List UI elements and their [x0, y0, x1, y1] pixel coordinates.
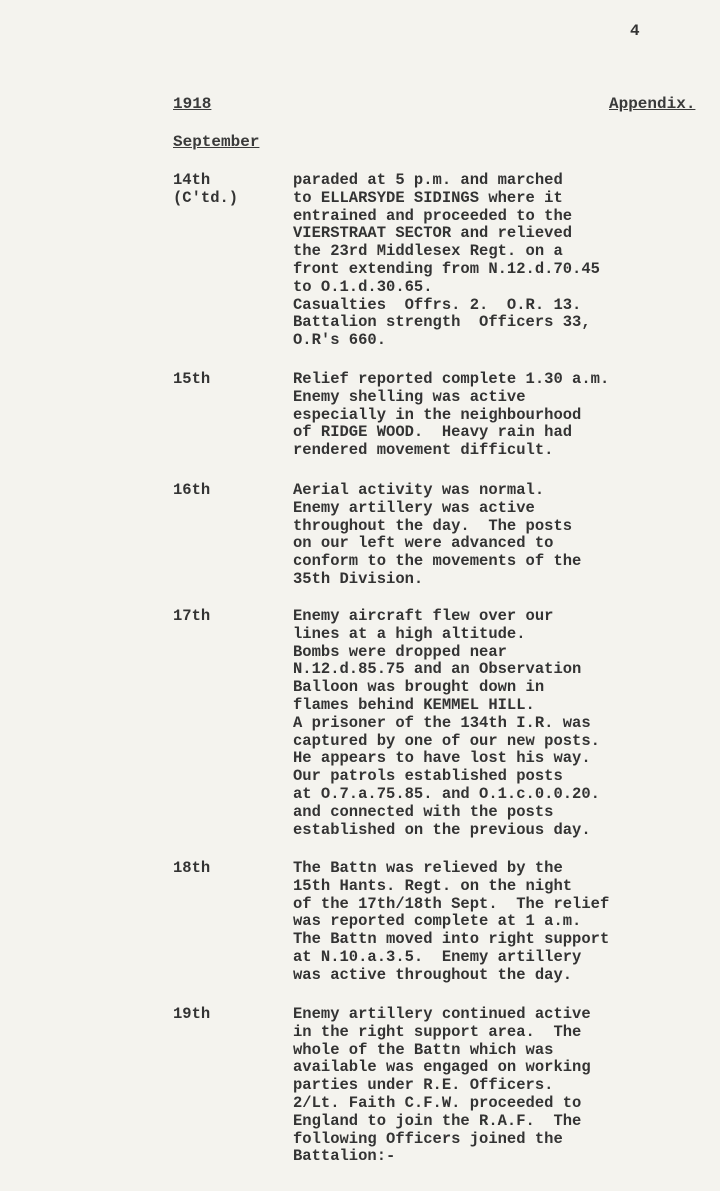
- entry-line: and connected with the posts: [293, 804, 713, 822]
- entry-line: parties under R.E. Officers.: [293, 1077, 713, 1095]
- entry-line: whole of the Battn which was: [293, 1042, 713, 1060]
- entry-line: Relief reported complete 1.30 a.m.: [293, 371, 713, 389]
- page-number: 4: [630, 22, 640, 40]
- entry-line: established on the previous day.: [293, 822, 713, 840]
- entry-line: 15th Hants. Regt. on the night: [293, 878, 713, 896]
- entry-line: lines at a high altitude.: [293, 626, 713, 644]
- entry-line: He appears to have lost his way.: [293, 750, 713, 768]
- entry-date: 14th (C'td.): [173, 172, 283, 208]
- entry-line: following Officers joined the: [293, 1131, 713, 1149]
- entry-line: throughout the day. The posts: [293, 518, 713, 536]
- entry-line: on our left were advanced to: [293, 535, 713, 553]
- entry-line: Balloon was brought down in: [293, 679, 713, 697]
- entry-body: The Battn was relieved by the15th Hants.…: [293, 860, 713, 985]
- entry-line: VIERSTRAAT SECTOR and relieved: [293, 225, 713, 243]
- entry-line: available was engaged on working: [293, 1059, 713, 1077]
- entry-line: was active throughout the day.: [293, 967, 713, 985]
- entry-line: in the right support area. The: [293, 1024, 713, 1042]
- entry-line: N.12.d.85.75 and an Observation: [293, 661, 713, 679]
- entry-line: A prisoner of the 134th I.R. was: [293, 715, 713, 733]
- entry-line: at O.7.a.75.85. and O.1.c.0.0.20.: [293, 786, 713, 804]
- entry-line: Battalion strength Officers 33,: [293, 314, 713, 332]
- entry-line: Battalion:-: [293, 1148, 713, 1166]
- entry-line: Enemy artillery was active: [293, 500, 713, 518]
- entry-line: England to join the R.A.F. The: [293, 1113, 713, 1131]
- entry-line: entrained and proceeded to the: [293, 208, 713, 226]
- entry-line: Enemy aircraft flew over our: [293, 608, 713, 626]
- entry-line: to O.1.d.30.65.: [293, 279, 713, 297]
- entry-line: Our patrols established posts: [293, 768, 713, 786]
- entry-line: The Battn was relieved by the: [293, 860, 713, 878]
- entry-line: captured by one of our new posts.: [293, 733, 713, 751]
- entry-line: Enemy shelling was active: [293, 389, 713, 407]
- entry-line: flames behind KEMMEL HILL.: [293, 697, 713, 715]
- entry-line: paraded at 5 p.m. and marched: [293, 172, 713, 190]
- entry-line: 35th Division.: [293, 571, 713, 589]
- entry-line: The Battn moved into right support: [293, 931, 713, 949]
- entry-body: Enemy artillery continued activein the r…: [293, 1006, 713, 1166]
- year-heading: 1918: [173, 95, 211, 113]
- entry-body: Relief reported complete 1.30 a.m.Enemy …: [293, 371, 713, 460]
- entry-line: was reported complete at 1 a.m.: [293, 913, 713, 931]
- entry-date: 17th: [173, 608, 283, 626]
- entry-line: at N.10.a.3.5. Enemy artillery: [293, 949, 713, 967]
- entry-line: especially in the neighbourhood: [293, 407, 713, 425]
- entry-body: Enemy aircraft flew over ourlines at a h…: [293, 608, 713, 839]
- entry-line: of the 17th/18th Sept. The relief: [293, 896, 713, 914]
- entry-date: 16th: [173, 482, 283, 500]
- entry-line: rendered movement difficult.: [293, 442, 713, 460]
- entry-line: Bombs were dropped near: [293, 644, 713, 662]
- entry-body: paraded at 5 p.m. and marchedto ELLARSYD…: [293, 172, 713, 350]
- entry-line: to ELLARSYDE SIDINGS where it: [293, 190, 713, 208]
- entry-line: 2/Lt. Faith C.F.W. proceeded to: [293, 1095, 713, 1113]
- entry-line: front extending from N.12.d.70.45: [293, 261, 713, 279]
- entry-line: Enemy artillery continued active: [293, 1006, 713, 1024]
- entry-line: conform to the movements of the: [293, 553, 713, 571]
- entry-line: O.R's 660.: [293, 332, 713, 350]
- appendix-heading: Appendix.: [609, 95, 695, 113]
- month-heading: September: [173, 133, 259, 151]
- entry-line: the 23rd Middlesex Regt. on a: [293, 243, 713, 261]
- entry-body: Aerial activity was normal.Enemy artille…: [293, 482, 713, 589]
- entry-date: 18th: [173, 860, 283, 878]
- entry-line: Aerial activity was normal.: [293, 482, 713, 500]
- entry-line: Casualties Offrs. 2. O.R. 13.: [293, 297, 713, 315]
- entry-line: of RIDGE WOOD. Heavy rain had: [293, 424, 713, 442]
- entry-date: 15th: [173, 371, 283, 389]
- entry-date: 19th: [173, 1006, 283, 1024]
